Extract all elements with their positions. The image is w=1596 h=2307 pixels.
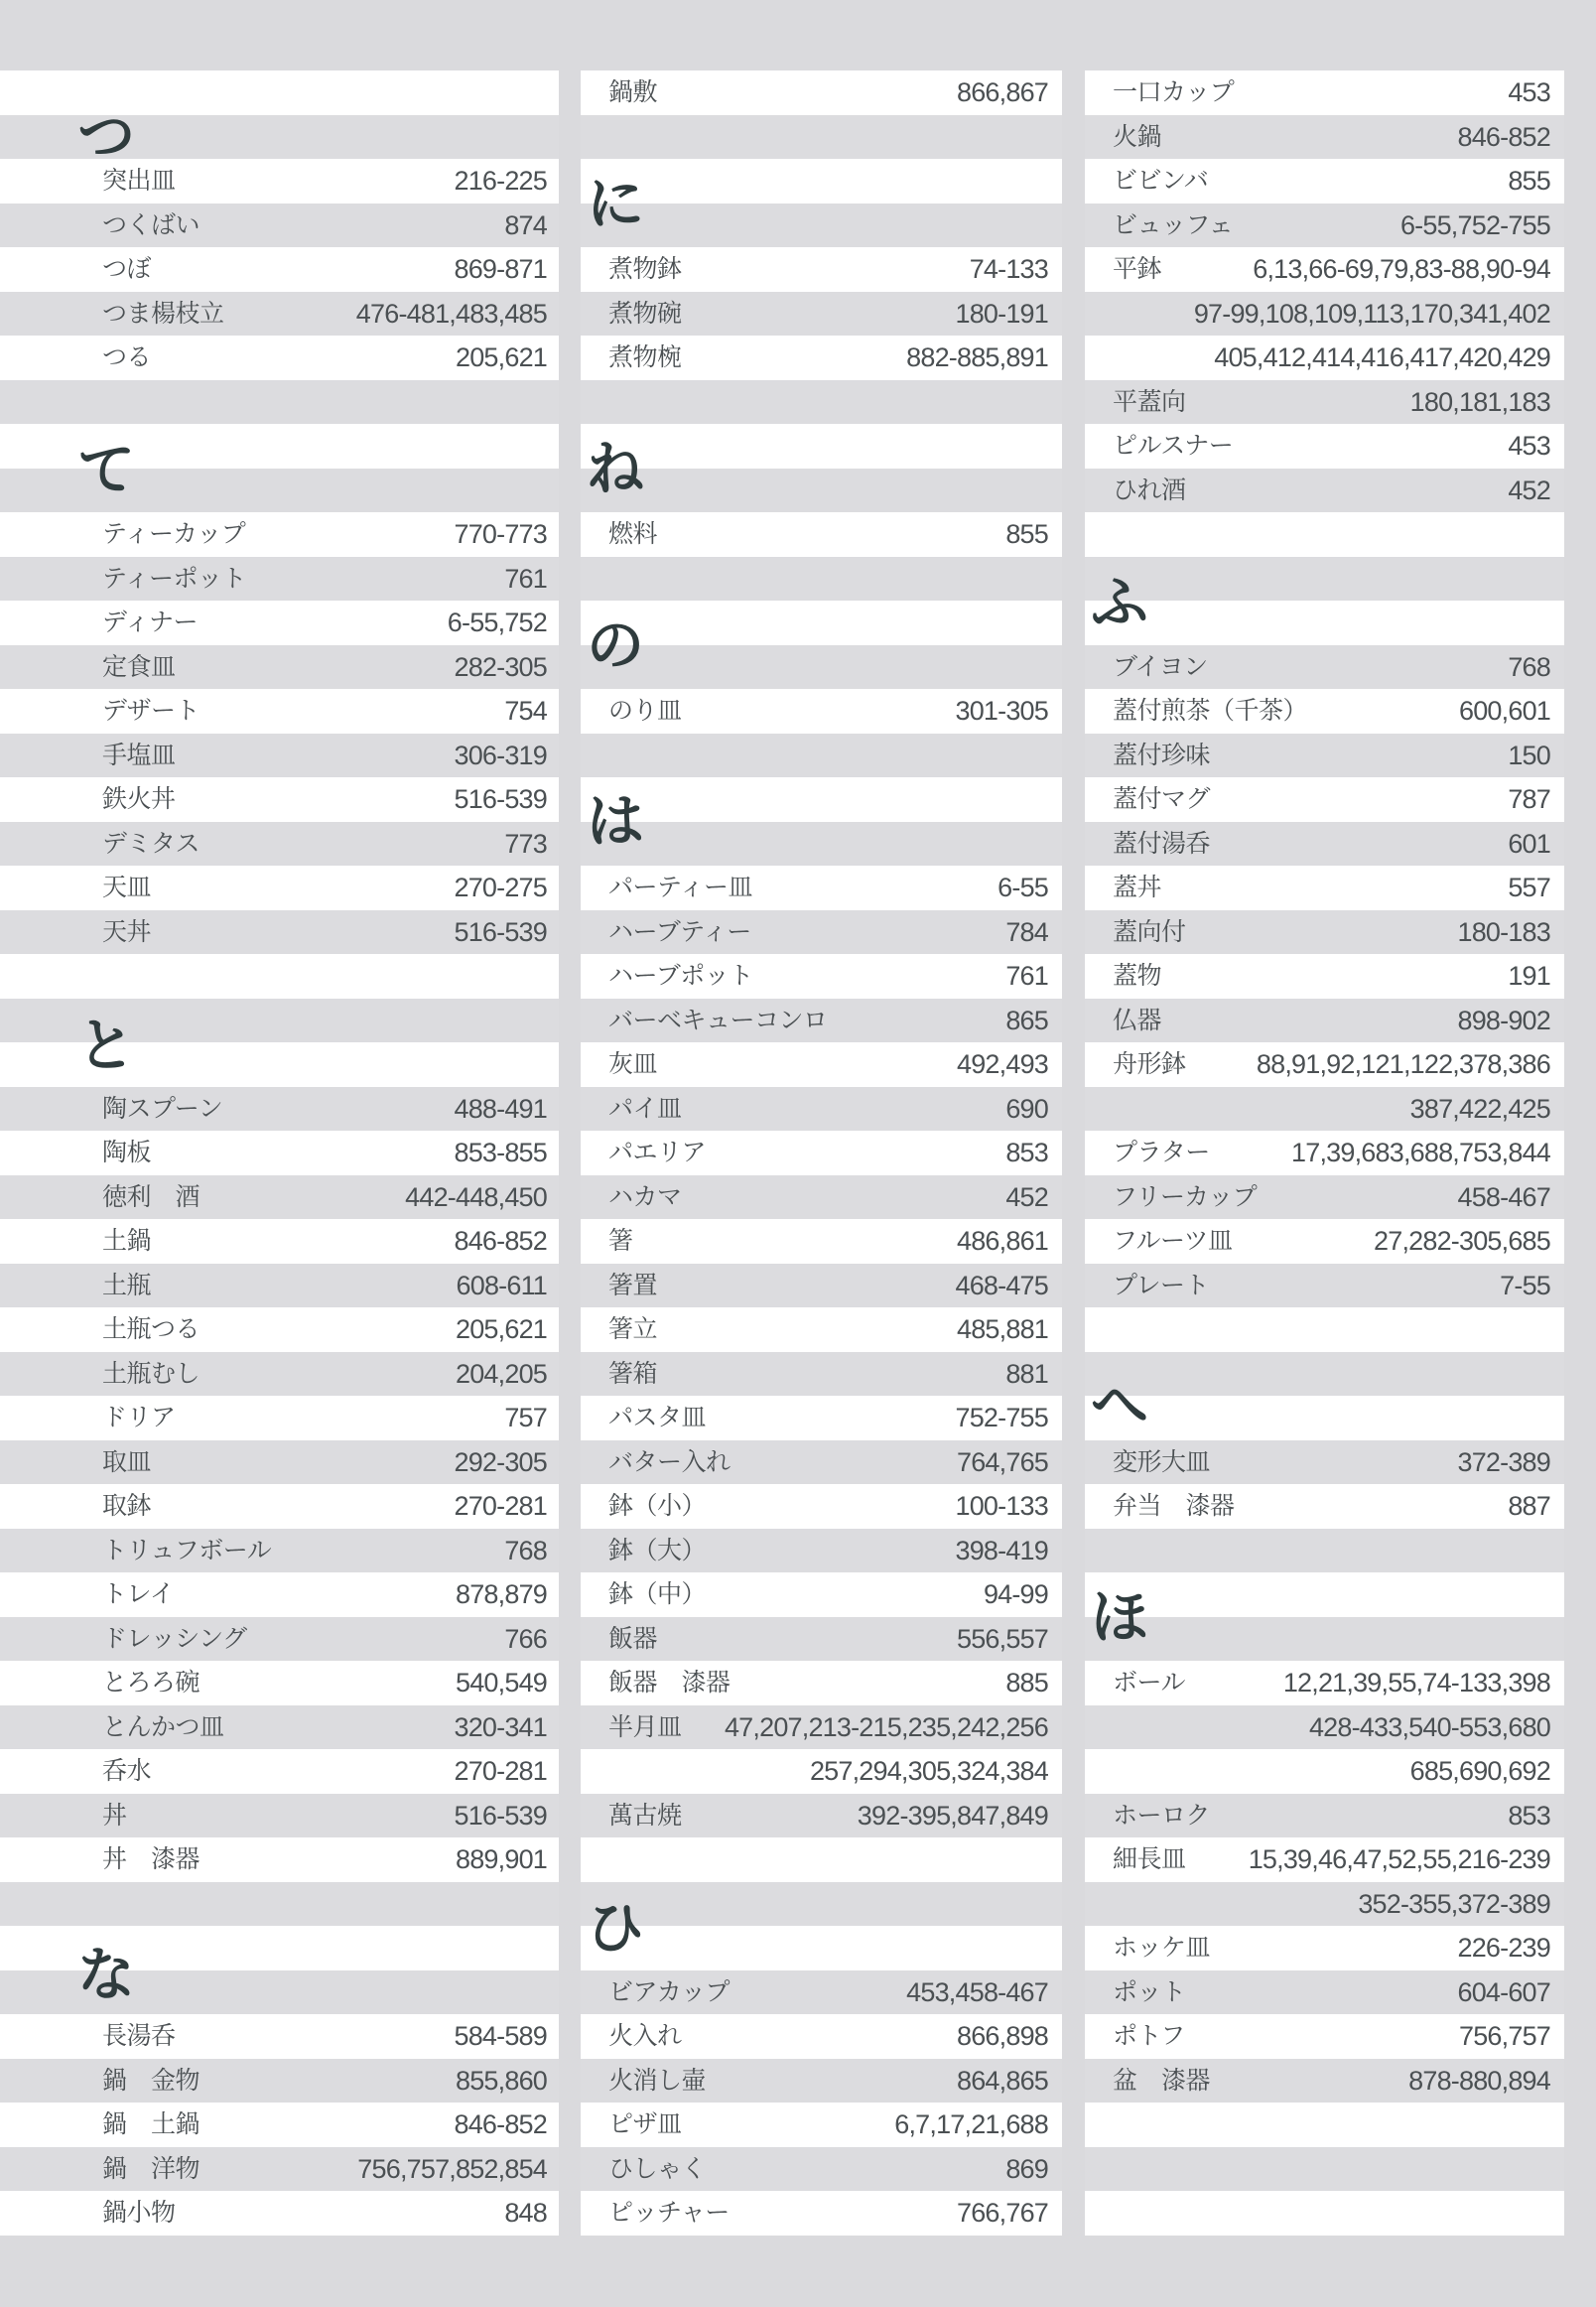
- entry-page-numbers: 756,757,852,854: [357, 2147, 547, 2192]
- entry-page-numbers: 12,21,39,55,74-133,398: [1283, 1661, 1550, 1705]
- blank-row: [1085, 2147, 1564, 2192]
- entry-label: 灰皿: [608, 1042, 657, 1087]
- entry-label: 火鍋: [1113, 115, 1161, 160]
- blank-row: [581, 557, 1062, 602]
- index-entry-row: 取鉢270-281: [0, 1484, 559, 1529]
- entry-label: 飯器 漆器: [608, 1661, 731, 1705]
- entry-page-numbers: 17,39,683,688,753,844: [1291, 1131, 1550, 1175]
- entry-label: 長湯呑: [102, 2014, 176, 2059]
- index-entry-row: ビアカップ453,458-467: [581, 1970, 1062, 2015]
- index-entry-row: 鉢（中）94-99: [581, 1572, 1062, 1617]
- index-column-right: 一口カップ453火鍋846-852ビビンバ855ビュッフェ6-55,752-75…: [1085, 70, 1564, 2236]
- entry-page-numbers: 270-281: [455, 1484, 548, 1529]
- entry-label: プラター: [1113, 1131, 1210, 1175]
- entry-label: トリュフボール: [102, 1529, 271, 1573]
- entry-label: 蓋付煎茶（千茶）: [1113, 689, 1307, 734]
- entry-page-numbers: 869: [1005, 2147, 1048, 2192]
- entry-page-numbers: 604-607: [1458, 1970, 1551, 2015]
- kana-section-header: は: [587, 792, 644, 850]
- entry-label: 徳利 酒: [102, 1175, 199, 1220]
- index-entry-row: ハーブティー784: [581, 910, 1062, 955]
- entry-page-numbers: 787: [1508, 777, 1550, 822]
- index-entry-row: ティーカップ770-773: [0, 512, 559, 557]
- entry-page-numbers: 282-305: [455, 645, 548, 690]
- index-column-left: 突出皿216-225つくばい874つぼ869-871つま楊枝立476-481,4…: [0, 70, 559, 2236]
- entry-page-numbers: 516-539: [455, 777, 548, 822]
- entry-page-numbers: 6,7,17,21,688: [894, 2103, 1048, 2147]
- entry-page-numbers: 320-341: [455, 1705, 548, 1750]
- index-entry-row: トリュフボール768: [0, 1529, 559, 1573]
- entry-label: バーベキューコンロ: [608, 999, 828, 1043]
- blank-row: [1085, 1352, 1564, 1397]
- entry-page-numbers: 452: [1508, 469, 1550, 513]
- kana-section-header: て: [77, 441, 135, 498]
- entry-label: 陶スプーン: [102, 1087, 222, 1132]
- index-entry-row: 405,412,414,416,417,420,429: [1085, 336, 1564, 380]
- entry-page-numbers: 855,860: [456, 2059, 547, 2103]
- index-entry-row: プレート7-55: [1085, 1264, 1564, 1308]
- index-entry-row: 細長皿15,39,46,47,52,55,216-239: [1085, 1837, 1564, 1882]
- index-entry-row: ハカマ452: [581, 1175, 1062, 1220]
- entry-label: ディナー: [102, 601, 198, 645]
- entry-page-numbers: 27,282-305,685: [1374, 1219, 1550, 1264]
- index-entry-row: フルーツ皿27,282-305,685: [1085, 1219, 1564, 1264]
- kana-section-header: へ: [1091, 1376, 1148, 1433]
- entry-page-numbers: 878,879: [456, 1572, 547, 1617]
- entry-page-numbers: 752-755: [956, 1396, 1049, 1440]
- index-entry-row: 煮物鉢74-133: [581, 247, 1062, 292]
- index-entry-row: ハーブポット761: [581, 954, 1062, 999]
- index-entry-row: とんかつ皿320-341: [0, 1705, 559, 1750]
- entry-page-numbers: 866,898: [957, 2014, 1048, 2059]
- entry-page-numbers: 898-902: [1458, 999, 1551, 1043]
- entry-page-numbers: 398-419: [956, 1529, 1049, 1573]
- index-entry-row: ポトフ756,757: [1085, 2014, 1564, 2059]
- index-page: 突出皿216-225つくばい874つぼ869-871つま楊枝立476-481,4…: [0, 0, 1596, 2307]
- entry-page-numbers: 492,493: [957, 1042, 1048, 1087]
- index-entry-row: 土瓶608-611: [0, 1264, 559, 1308]
- index-entry-row: ひしゃく869: [581, 2147, 1062, 2192]
- entry-page-numbers: 468-475: [956, 1264, 1049, 1308]
- entry-label: 平鉢: [1113, 247, 1161, 292]
- index-entry-row: ピッチャー766,767: [581, 2191, 1062, 2236]
- entry-label: 天丼: [102, 910, 151, 955]
- entry-label: ボール: [1113, 1661, 1185, 1705]
- entry-label: 丼: [102, 1794, 127, 1838]
- entry-page-numbers: 428-433,540-553,680: [1309, 1705, 1550, 1750]
- blank-row: [581, 601, 1062, 645]
- index-entry-row: 燃料855: [581, 512, 1062, 557]
- index-entry-row: ドリア757: [0, 1396, 559, 1440]
- entry-page-numbers: 761: [1005, 954, 1048, 999]
- entry-label: 箸立: [608, 1307, 657, 1352]
- entry-page-numbers: 540,549: [456, 1661, 547, 1705]
- entry-label: 変形大皿: [1113, 1440, 1210, 1485]
- entry-page-numbers: 764,765: [957, 1440, 1048, 1485]
- entry-page-numbers: 882-885,891: [906, 336, 1048, 380]
- index-entry-row: 鍋小物848: [0, 2191, 559, 2236]
- entry-page-numbers: 761: [504, 557, 547, 602]
- index-entry-row: 火鍋846-852: [1085, 115, 1564, 160]
- entry-page-numbers: 6-55: [997, 866, 1048, 910]
- entry-label: ドリア: [102, 1396, 176, 1440]
- kana-section-header: ほ: [1091, 1588, 1148, 1646]
- index-entry-row: 蓋付マグ787: [1085, 777, 1564, 822]
- entry-page-numbers: 488-491: [455, 1087, 548, 1132]
- index-entry-row: 箸486,861: [581, 1219, 1062, 1264]
- entry-label: 弁当 漆器: [1113, 1484, 1235, 1529]
- entry-label: ホーロク: [1113, 1794, 1210, 1838]
- index-entry-row: 盆 漆器878-880,894: [1085, 2059, 1564, 2103]
- entry-label: 蓋向付: [1113, 910, 1186, 955]
- index-entry-row: パスタ皿752-755: [581, 1396, 1062, 1440]
- entry-label: 燃料: [608, 512, 657, 557]
- entry-page-numbers: 881: [1005, 1352, 1048, 1397]
- entry-page-numbers: 784: [1005, 910, 1048, 955]
- entry-label: 土瓶: [102, 1264, 151, 1308]
- blank-row: [581, 1882, 1062, 1927]
- entry-page-numbers: 270-281: [455, 1749, 548, 1794]
- kana-section-header: ふ: [1091, 574, 1148, 631]
- blank-row: [1085, 1396, 1564, 1440]
- entry-label: デザート: [102, 689, 199, 734]
- entry-page-numbers: 855: [1005, 512, 1048, 557]
- entry-label: 呑水: [102, 1749, 151, 1794]
- blank-row: [581, 159, 1062, 204]
- index-entry-row: つま楊枝立476-481,483,485: [0, 292, 559, 337]
- index-entry-row: 257,294,305,324,384: [581, 1749, 1062, 1794]
- entry-page-numbers: 557: [1508, 866, 1550, 910]
- entry-label: ポトフ: [1113, 2014, 1185, 2059]
- blank-row: [581, 115, 1062, 160]
- index-entry-row: バター入れ764,765: [581, 1440, 1062, 1485]
- entry-label: 鍋 洋物: [102, 2147, 199, 2192]
- entry-page-numbers: 453: [1508, 424, 1550, 469]
- entry-page-numbers: 756,757: [1459, 2014, 1550, 2059]
- entry-page-numbers: 387,422,425: [1410, 1087, 1550, 1132]
- entry-page-numbers: 442-448,450: [405, 1175, 547, 1220]
- index-entry-row: 蓋付煎茶（千茶）600,601: [1085, 689, 1564, 734]
- index-entry-row: 火消し壷864,865: [581, 2059, 1062, 2103]
- entry-label: 鉢（中）: [608, 1572, 706, 1617]
- entry-page-numbers: 405,412,414,416,417,420,429: [1214, 336, 1550, 380]
- entry-label: フルーツ皿: [1113, 1219, 1233, 1264]
- entry-page-numbers: 766: [504, 1617, 547, 1662]
- entry-label: ビビンバ: [1113, 159, 1208, 204]
- entry-label: 鍋敷: [608, 70, 657, 115]
- index-entry-row: 丼 漆器889,901: [0, 1837, 559, 1882]
- blank-row: [1085, 1572, 1564, 1617]
- entry-page-numbers: 853-855: [455, 1131, 548, 1175]
- entry-page-numbers: 458-467: [1458, 1175, 1551, 1220]
- entry-label: ティーポット: [102, 557, 246, 602]
- entry-label: ピッチャー: [608, 2191, 730, 2236]
- entry-page-numbers: 846-852: [455, 1219, 548, 1264]
- index-entry-row: 箸置468-475: [581, 1264, 1062, 1308]
- entry-page-numbers: 885: [1005, 1661, 1048, 1705]
- entry-label: デミタス: [102, 822, 199, 867]
- index-entry-row: パイ皿690: [581, 1087, 1062, 1132]
- index-entry-row: 定食皿282-305: [0, 645, 559, 690]
- index-entry-row: 蓋付珍味150: [1085, 734, 1564, 778]
- entry-page-numbers: 270-275: [455, 866, 548, 910]
- entry-page-numbers: 452: [1005, 1175, 1048, 1220]
- index-entry-row: 煮物碗180-191: [581, 292, 1062, 337]
- entry-page-numbers: 204,205: [456, 1352, 547, 1397]
- index-entry-row: 平鉢6,13,66-69,79,83-88,90-94: [1085, 247, 1564, 292]
- blank-row: [1085, 1307, 1564, 1352]
- entry-label: つぼ: [102, 247, 151, 292]
- kana-section-header: ひ: [587, 1899, 644, 1957]
- blank-row: [581, 1926, 1062, 1970]
- index-entry-row: 取皿292-305: [0, 1440, 559, 1485]
- kana-section-header: の: [587, 616, 644, 674]
- index-entry-row: 呑水270-281: [0, 1749, 559, 1794]
- entry-page-numbers: 372-389: [1458, 1440, 1551, 1485]
- index-entry-row: 土鍋846-852: [0, 1219, 559, 1264]
- index-entry-row: 箸立485,881: [581, 1307, 1062, 1352]
- entry-page-numbers: 7-55: [1500, 1264, 1550, 1308]
- kana-section-header: に: [587, 175, 644, 232]
- entry-label: とんかつ皿: [102, 1705, 224, 1750]
- entry-label: 仏器: [1113, 999, 1161, 1043]
- entry-page-numbers: 180-191: [956, 292, 1049, 337]
- index-entry-row: 飯器 漆器885: [581, 1661, 1062, 1705]
- entry-label: パスタ皿: [608, 1396, 706, 1440]
- index-entry-row: デザート754: [0, 689, 559, 734]
- entry-label: パエリア: [608, 1131, 706, 1175]
- entry-page-numbers: 773: [504, 822, 547, 867]
- entry-page-numbers: 846-852: [1458, 115, 1551, 160]
- index-entry-row: フリーカップ458-467: [1085, 1175, 1564, 1220]
- entry-page-numbers: 6-55,752-755: [1400, 204, 1550, 248]
- kana-section-header: ね: [587, 440, 644, 497]
- entry-page-numbers: 6,13,66-69,79,83-88,90-94: [1253, 247, 1550, 292]
- entry-label: ティーカップ: [102, 512, 245, 557]
- index-entry-row: つる205,621: [0, 336, 559, 380]
- index-entry-row: バーベキューコンロ865: [581, 999, 1062, 1043]
- index-entry-row: 箸箱881: [581, 1352, 1062, 1397]
- blank-row: [0, 380, 559, 425]
- entry-label: 定食皿: [102, 645, 176, 690]
- entry-label: 鍋 土鍋: [102, 2103, 199, 2147]
- entry-page-numbers: 874: [504, 204, 547, 248]
- index-entry-row: 蓋付湯呑601: [1085, 822, 1564, 867]
- entry-page-numbers: 205,621: [456, 336, 547, 380]
- entry-page-numbers: 600,601: [1459, 689, 1550, 734]
- index-entry-row: ホーロク853: [1085, 1794, 1564, 1838]
- index-entry-row: 陶板853-855: [0, 1131, 559, 1175]
- entry-page-numbers: 770-773: [455, 512, 548, 557]
- index-entry-row: のり皿301-305: [581, 689, 1062, 734]
- entry-label: 土瓶つる: [102, 1307, 199, 1352]
- entry-label: 箸置: [608, 1264, 657, 1308]
- entry-page-numbers: 150: [1508, 734, 1550, 778]
- index-entry-row: 陶スプーン488-491: [0, 1087, 559, 1132]
- blank-row: [581, 380, 1062, 425]
- index-entry-row: 蓋丼557: [1085, 866, 1564, 910]
- index-column-middle: 鍋敷866,867煮物鉢74-133煮物碗180-191煮物椀882-885,8…: [581, 70, 1062, 2236]
- entry-label: フリーカップ: [1113, 1175, 1257, 1220]
- entry-page-numbers: 94-99: [984, 1572, 1048, 1617]
- kana-section-header: と: [77, 1017, 135, 1074]
- index-entry-row: 鍋 土鍋846-852: [0, 2103, 559, 2147]
- entry-page-numbers: 869-871: [455, 247, 548, 292]
- entry-label: 盆 漆器: [1113, 2059, 1210, 2103]
- entry-page-numbers: 301-305: [956, 689, 1049, 734]
- entry-page-numbers: 754: [504, 689, 547, 734]
- entry-label: とろろ碗: [102, 1661, 199, 1705]
- blank-row: [1085, 2103, 1564, 2147]
- entry-page-numbers: 889,901: [456, 1837, 547, 1882]
- blank-row: [581, 1837, 1062, 1882]
- entry-label: 陶板: [102, 1131, 151, 1175]
- entry-page-numbers: 180,181,183: [1410, 380, 1550, 425]
- index-entry-row: 手塩皿306-319: [0, 734, 559, 778]
- entry-label: つる: [102, 336, 151, 380]
- index-entry-row: 長湯呑584-589: [0, 2014, 559, 2059]
- entry-label: 細長皿: [1113, 1837, 1186, 1882]
- index-entry-row: 天皿270-275: [0, 866, 559, 910]
- entry-label: 箸箱: [608, 1352, 657, 1397]
- index-entry-row: ピザ皿6,7,17,21,688: [581, 2103, 1062, 2147]
- index-entry-row: ビビンバ855: [1085, 159, 1564, 204]
- entry-label: 丼 漆器: [102, 1837, 199, 1882]
- entry-label: ビュッフェ: [1113, 204, 1233, 248]
- entry-page-numbers: 191: [1508, 954, 1550, 999]
- entry-page-numbers: 47,207,213-215,235,242,256: [725, 1705, 1048, 1750]
- entry-page-numbers: 392-395,847,849: [858, 1794, 1048, 1838]
- entry-label: 煮物鉢: [608, 247, 682, 292]
- index-entry-row: トレイ878,879: [0, 1572, 559, 1617]
- kana-section-header: な: [77, 1946, 135, 2003]
- entry-label: 煮物碗: [608, 292, 682, 337]
- entry-page-numbers: 180-183: [1458, 910, 1551, 955]
- index-entry-row: 舟形鉢88,91,92,121,122,378,386: [1085, 1042, 1564, 1087]
- entry-label: 火消し壷: [608, 2059, 706, 2103]
- entry-label: 一口カップ: [1113, 70, 1234, 115]
- index-entry-row: パエリア853: [581, 1131, 1062, 1175]
- entry-page-numbers: 292-305: [455, 1440, 548, 1485]
- entry-page-numbers: 100-133: [956, 1484, 1049, 1529]
- index-entry-row: ひれ酒452: [1085, 469, 1564, 513]
- index-entry-row: 鉄火丼516-539: [0, 777, 559, 822]
- entry-label: 煮物椀: [608, 336, 682, 380]
- index-entry-row: 灰皿492,493: [581, 1042, 1062, 1087]
- entry-page-numbers: 584-589: [455, 2014, 548, 2059]
- index-entry-row: ティーポット761: [0, 557, 559, 602]
- index-entry-row: 丼516-539: [0, 1794, 559, 1838]
- index-entry-row: 蓋向付180-183: [1085, 910, 1564, 955]
- entry-label: 蓋付湯呑: [1113, 822, 1210, 867]
- index-entry-row: ディナー6-55,752: [0, 601, 559, 645]
- entry-page-numbers: 601: [1508, 822, 1550, 867]
- index-entry-row: 387,422,425: [1085, 1087, 1564, 1132]
- entry-label: 鉢（大）: [608, 1529, 706, 1573]
- index-entry-row: 火入れ866,898: [581, 2014, 1062, 2059]
- index-entry-row: パーティー皿6-55: [581, 866, 1062, 910]
- blank-row: [0, 954, 559, 999]
- entry-page-numbers: 866,867: [957, 70, 1048, 115]
- entry-label: ピザ皿: [608, 2103, 682, 2147]
- blank-row: [581, 469, 1062, 513]
- entry-page-numbers: 486,861: [957, 1219, 1048, 1264]
- index-entry-row: ドレッシング766: [0, 1617, 559, 1662]
- entry-label: トレイ: [102, 1572, 174, 1617]
- entry-page-numbers: 685,690,692: [1410, 1749, 1550, 1794]
- blank-row: [1085, 557, 1564, 602]
- index-entry-row: 鉢（大）398-419: [581, 1529, 1062, 1573]
- entry-page-numbers: 757: [504, 1396, 547, 1440]
- entry-label: 鍋 金物: [102, 2059, 199, 2103]
- index-entry-row: 鉢（小）100-133: [581, 1484, 1062, 1529]
- index-entry-row: とろろ碗540,549: [0, 1661, 559, 1705]
- index-entry-row: ホッケ皿226-239: [1085, 1926, 1564, 1970]
- index-entry-row: プラター17,39,683,688,753,844: [1085, 1131, 1564, 1175]
- blank-row: [581, 645, 1062, 690]
- index-entry-row: デミタス773: [0, 822, 559, 867]
- entry-page-numbers: 205,621: [456, 1307, 547, 1352]
- entry-page-numbers: 88,91,92,121,122,378,386: [1257, 1042, 1550, 1087]
- index-entry-row: 鍋敷866,867: [581, 70, 1062, 115]
- entry-label: 蓋付マグ: [1113, 777, 1210, 822]
- index-entry-row: つくばい874: [0, 204, 559, 248]
- entry-label: のり皿: [608, 689, 682, 734]
- entry-page-numbers: 556,557: [957, 1617, 1048, 1662]
- entry-label: ドレッシング: [102, 1617, 247, 1662]
- index-entry-row: 土瓶つる205,621: [0, 1307, 559, 1352]
- entry-label: パーティー皿: [608, 866, 752, 910]
- index-entry-row: 鍋 金物855,860: [0, 2059, 559, 2103]
- blank-row: [1085, 2191, 1564, 2236]
- entry-label: ピルスナー: [1113, 424, 1233, 469]
- entry-label: ビアカップ: [608, 1970, 730, 2015]
- index-entry-row: 飯器556,557: [581, 1617, 1062, 1662]
- index-entry-row: 半月皿47,207,213-215,235,242,256: [581, 1705, 1062, 1750]
- entry-page-numbers: 453: [1508, 70, 1550, 115]
- entry-label: 鉢（小）: [608, 1484, 706, 1529]
- index-entry-row: 一口カップ453: [1085, 70, 1564, 115]
- index-entry-row: つぼ869-871: [0, 247, 559, 292]
- entry-page-numbers: 848: [504, 2191, 547, 2236]
- entry-label: 天皿: [102, 866, 151, 910]
- entry-page-numbers: 690: [1005, 1087, 1048, 1132]
- index-entry-row: 弁当 漆器887: [1085, 1484, 1564, 1529]
- entry-label: ハーブティー: [608, 910, 751, 955]
- entry-label: パイ皿: [608, 1087, 682, 1132]
- entry-label: 土瓶むし: [102, 1352, 199, 1397]
- index-entry-row: 変形大皿372-389: [1085, 1440, 1564, 1485]
- entry-page-numbers: 855: [1508, 159, 1550, 204]
- entry-page-numbers: 476-481,483,485: [356, 292, 547, 337]
- entry-page-numbers: 226-239: [1458, 1926, 1551, 1970]
- index-entry-row: 352-355,372-389: [1085, 1882, 1564, 1927]
- entry-label: プレート: [1113, 1264, 1209, 1308]
- entry-label: 蓋丼: [1113, 866, 1161, 910]
- index-entry-row: 平蓋向180,181,183: [1085, 380, 1564, 425]
- entry-page-numbers: 768: [504, 1529, 547, 1573]
- index-entry-row: 97-99,108,109,113,170,341,402: [1085, 292, 1564, 337]
- blank-row: [0, 1882, 559, 1927]
- blank-row: [581, 204, 1062, 248]
- entry-label: 取皿: [102, 1440, 151, 1485]
- entry-label: 蓋付珍味: [1113, 734, 1210, 778]
- blank-row: [1085, 601, 1564, 645]
- index-entry-row: 徳利 酒442-448,450: [0, 1175, 559, 1220]
- entry-label: バター入れ: [608, 1440, 731, 1485]
- blank-row: [1085, 512, 1564, 557]
- index-entry-row: 蓋物191: [1085, 954, 1564, 999]
